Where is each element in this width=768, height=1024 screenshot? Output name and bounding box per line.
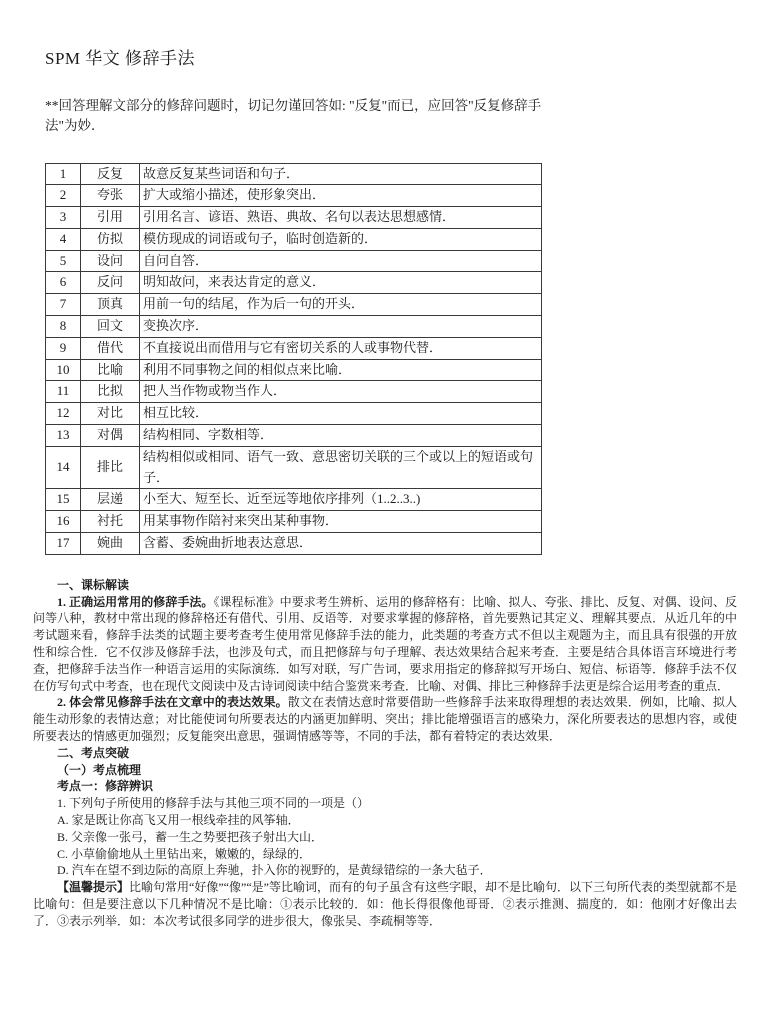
table-row: 13对偶结构相同、字数相等． [46, 425, 542, 447]
cell-desc: 变换次序． [140, 316, 542, 338]
table-row: 7顶真用前一句的结尾，作为后一句的开头． [46, 294, 542, 316]
cell-no: 13 [46, 425, 81, 447]
question-1-option-b: B. 父亲像一张弓，蓄一生之势要把孩子射出大山． [33, 829, 737, 846]
cell-desc: 扩大或缩小描述，使形象突出． [140, 185, 542, 207]
document-body: 一、课标解读 1. 正确运用常用的修辞手法。《课程标准》中要求考生辨析、运用的修… [33, 577, 737, 930]
cell-term: 对偶 [81, 425, 140, 447]
tip-text: 比喻句常用“好像”“像”“是”等比喻词，而有的句子虽含有这些字眼，却不是比喻句．… [33, 880, 737, 928]
cell-desc: 自问自答． [140, 250, 542, 272]
cell-term: 顶真 [81, 294, 140, 316]
cell-no: 8 [46, 316, 81, 338]
rhetoric-table: 1反复故意反复某些词语和句子．2夸张扩大或缩小描述，使形象突出．3引用引用名言、… [45, 163, 542, 555]
cell-no: 17 [46, 533, 81, 555]
question-1-option-a: A. 家是既让你高飞又用一根线牵挂的风筝轴． [33, 812, 737, 829]
section-heading-standards: 一、课标解读 [33, 577, 737, 594]
cell-no: 5 [46, 250, 81, 272]
cell-desc: 结构相似或相同、语气一致、意思密切关联的三个或以上的短语或句子． [140, 446, 542, 489]
cell-no: 14 [46, 446, 81, 489]
table-row: 14排比结构相似或相同、语气一致、意思密切关联的三个或以上的短语或句子． [46, 446, 542, 489]
cell-desc: 利用不同事物之间的相似点来比喻． [140, 359, 542, 381]
cell-term: 反复 [81, 163, 140, 185]
table-row: 5设问自问自答． [46, 250, 542, 272]
cell-term: 婉曲 [81, 533, 140, 555]
table-row: 16衬托用某事物作陪衬来突出某种事物． [46, 511, 542, 533]
subsection-heading-combing: （一）考点梳理 [33, 762, 737, 779]
cell-term: 比喻 [81, 359, 140, 381]
table-row: 11比拟把人当作物或物当作人． [46, 381, 542, 403]
section-heading-breakthrough: 二、考点突破 [33, 745, 737, 762]
cell-term: 夸张 [81, 185, 140, 207]
cell-desc: 含蓄、委婉曲折地表达意思． [140, 533, 542, 555]
cell-desc: 不直接说出而借用与它有密切关系的人或事物代替． [140, 337, 542, 359]
cell-no: 11 [46, 381, 81, 403]
cell-desc: 用某事物作陪衬来突出某种事物． [140, 511, 542, 533]
table-row: 1反复故意反复某些词语和句子． [46, 163, 542, 185]
cell-term: 回文 [81, 316, 140, 338]
cell-no: 12 [46, 403, 81, 425]
cell-desc: 小至大、短至长、近至远等地依序排列（1..2..3..) [140, 489, 542, 511]
tip-label: 【温馨提示】 [57, 880, 129, 894]
tip-paragraph: 【温馨提示】比喻句常用“好像”“像”“是”等比喻词，而有的句子虽含有这些字眼，却… [33, 879, 737, 929]
cell-term: 衬托 [81, 511, 140, 533]
cell-no: 16 [46, 511, 81, 533]
cell-no: 4 [46, 228, 81, 250]
cell-no: 1 [46, 163, 81, 185]
cell-desc: 把人当作物或物当作人． [140, 381, 542, 403]
cell-term: 引用 [81, 207, 140, 229]
cell-desc: 引用名言、谚语、熟语、典故、名句以表达思想感情． [140, 207, 542, 229]
cell-term: 比拟 [81, 381, 140, 403]
cell-desc: 相互比较． [140, 403, 542, 425]
table-row: 15层递小至大、短至长、近至远等地依序排列（1..2..3..) [46, 489, 542, 511]
cell-no: 2 [46, 185, 81, 207]
table-row: 9借代不直接说出而借用与它有密切关系的人或事物代替． [46, 337, 542, 359]
question-1: 1. 下列句子所使用的修辞手法与其他三项不同的一项是（） [33, 795, 737, 812]
cell-term: 对比 [81, 403, 140, 425]
table-row: 2夸张扩大或缩小描述，使形象突出． [46, 185, 542, 207]
cell-term: 排比 [81, 446, 140, 489]
table-row: 17婉曲含蓄、委婉曲折地表达意思． [46, 533, 542, 555]
cell-desc: 明知故问，来表达肯定的意义． [140, 272, 542, 294]
table-row: 6反问明知故问，来表达肯定的意义． [46, 272, 542, 294]
cell-no: 9 [46, 337, 81, 359]
cell-desc: 用前一句的结尾，作为后一句的开头． [140, 294, 542, 316]
cell-no: 15 [46, 489, 81, 511]
cell-no: 10 [46, 359, 81, 381]
paragraph-usage-lead: 1. 正确运用常用的修辞手法。 [57, 595, 213, 609]
question-1-option-c: C. 小草偷偷地从土里钻出来，嫩嫩的，绿绿的． [33, 846, 737, 863]
table-row: 8回文变换次序． [46, 316, 542, 338]
intro-note: **回答理解文部分的修辞问题时，切记勿谨回答如: "反复"而已，应回答"反复修辞… [45, 96, 547, 137]
document-header: SPM 华文 修辞手法 **回答理解文部分的修辞问题时，切记勿谨回答如: "反复… [45, 44, 737, 555]
cell-term: 借代 [81, 337, 140, 359]
cell-desc: 模仿现成的词语或句子，临时创造新的． [140, 228, 542, 250]
cell-term: 反问 [81, 272, 140, 294]
cell-term: 设问 [81, 250, 140, 272]
table-row: 10比喻利用不同事物之间的相似点来比喻． [46, 359, 542, 381]
rhetoric-table-body: 1反复故意反复某些词语和句子．2夸张扩大或缩小描述，使形象突出．3引用引用名言、… [46, 163, 542, 554]
cell-term: 仿拟 [81, 228, 140, 250]
table-row: 4仿拟模仿现成的词语或句子，临时创造新的． [46, 228, 542, 250]
page-title: SPM 华文 修辞手法 [45, 44, 737, 69]
subsection-heading-identify: 考点一：修辞辨识 [33, 778, 737, 795]
paragraph-effect: 2. 体会常见修辞手法在文章中的表达效果。散文在表情达意时常要借助一些修辞手法来… [33, 694, 737, 744]
paragraph-effect-lead: 2. 体会常见修辞手法在文章中的表达效果。 [57, 695, 288, 709]
cell-no: 7 [46, 294, 81, 316]
paragraph-usage: 1. 正确运用常用的修辞手法。《课程标准》中要求考生辨析、运用的修辞格有：比喻、… [33, 594, 737, 695]
cell-desc: 结构相同、字数相等． [140, 425, 542, 447]
cell-no: 6 [46, 272, 81, 294]
cell-desc: 故意反复某些词语和句子． [140, 163, 542, 185]
cell-term: 层递 [81, 489, 140, 511]
table-row: 12对比相互比较． [46, 403, 542, 425]
table-row: 3引用引用名言、谚语、熟语、典故、名句以表达思想感情． [46, 207, 542, 229]
document-page: SPM 华文 修辞手法 **回答理解文部分的修辞问题时，切记勿谨回答如: "反复… [0, 0, 768, 1024]
question-1-option-d: D. 汽车在望不到边际的高原上奔驰，扑入你的视野的，是黄绿错综的一条大毡子． [33, 862, 737, 879]
paragraph-usage-text: 《课程标准》中要求考生辨析、运用的修辞格有：比喻、拟人、夸张、排比、反复、对偶、… [33, 595, 737, 693]
cell-no: 3 [46, 207, 81, 229]
